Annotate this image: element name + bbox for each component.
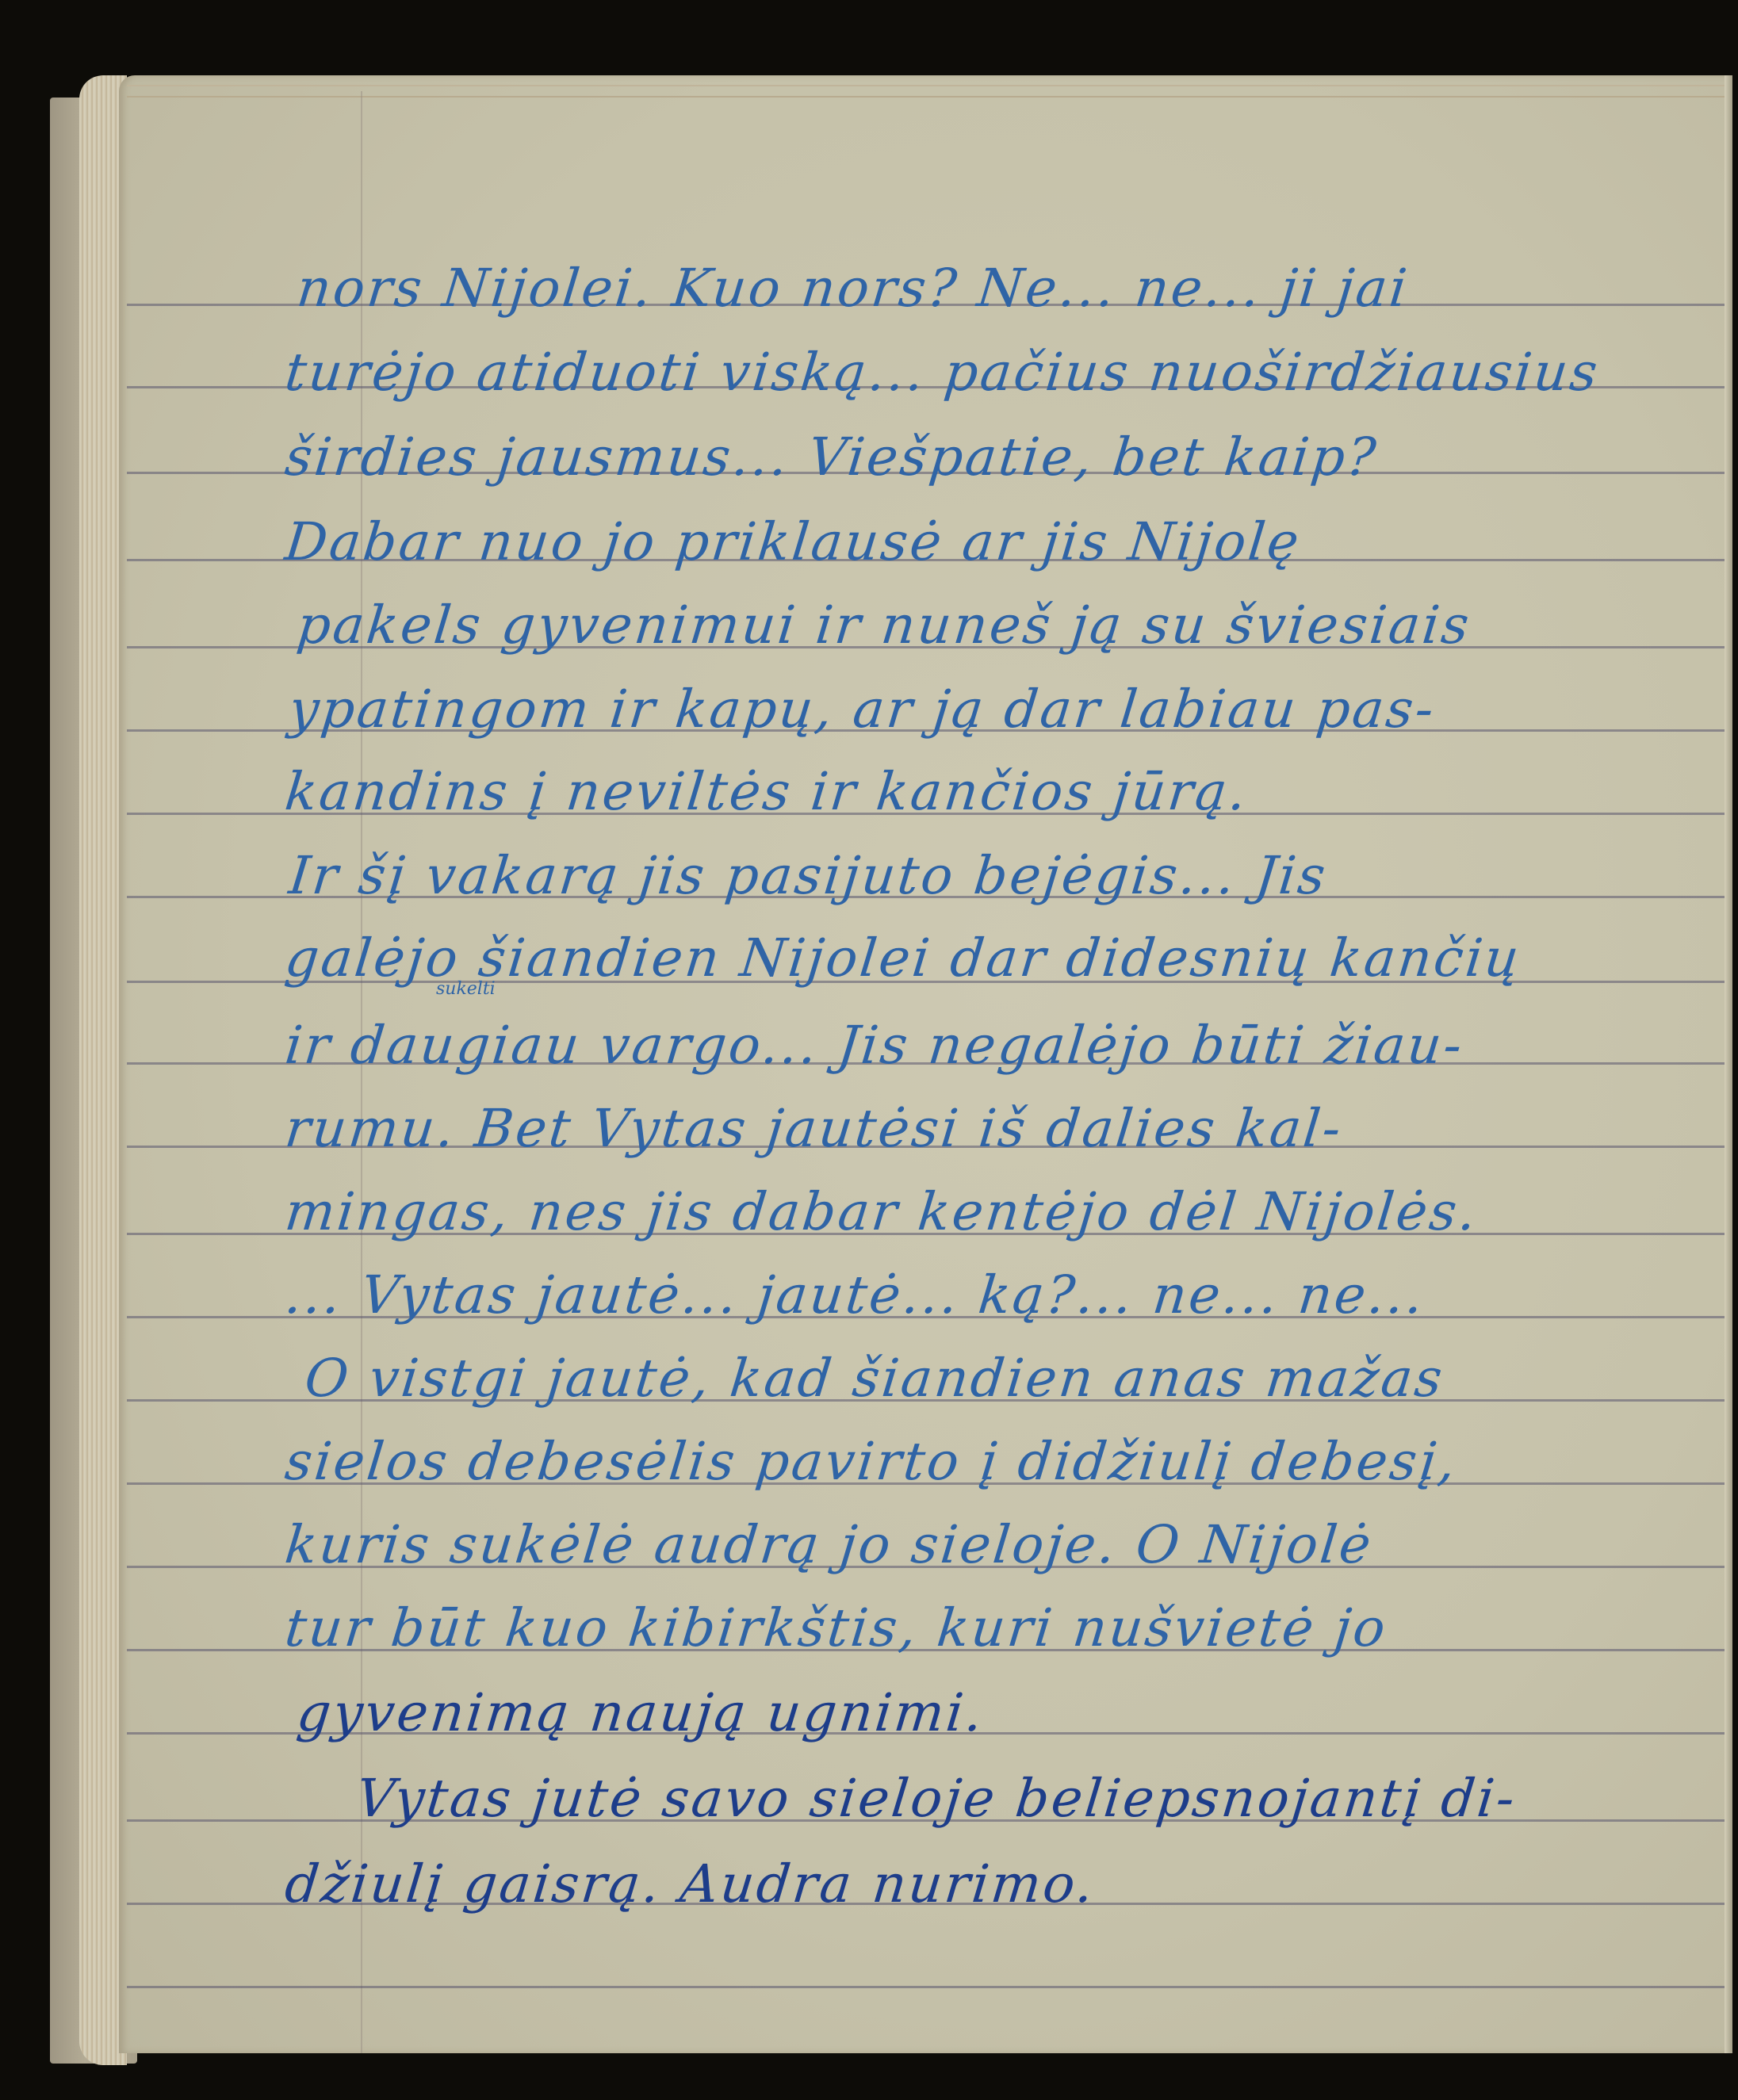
text-line: kandins į neviltės ir kančios jūrą. (282, 761, 1251, 822)
ruled-line (127, 1986, 1725, 1988)
text-line: ... Vytas jautė... jautė... ką?... ne...… (282, 1264, 1428, 1325)
text-line: O vistgi jautė, kad šiandien anas mažas (302, 1348, 1447, 1409)
text-line: širdies jausmus... Viešpatie, bet kaip? (282, 427, 1381, 488)
text-line: džiulį gaisrą. Audra nurimo. (282, 1853, 1098, 1914)
text-line: tur būt kuo kibirkštis, kuri nušvietė jo (282, 1597, 1391, 1658)
text-line: Ir šį vakarą jis pasijuto bejėgis... Jis (286, 845, 1330, 906)
text-line: nors Nijolei. Kuo nors? Ne... ne... ji j… (294, 258, 1412, 319)
text-line: turėjo atiduoti viską... pačius nuoširdž… (282, 342, 1602, 403)
text-line: Dabar nuo jo priklausė ar jis Nijolę (282, 511, 1304, 572)
text-line: rumu. Bet Vytas jautėsi iš dalies kal- (282, 1098, 1346, 1159)
text-line: pakels gyvenimui ir nuneš ją su šviesiai… (294, 595, 1474, 656)
text-line: Vytas jutė savo sieloje beliepsnojantį d… (354, 1768, 1520, 1829)
page-right-edge (1725, 75, 1732, 2053)
text-line: sielos debesėlis pavirto į didžiulį debe… (282, 1431, 1460, 1492)
superscript-insertion: sukelti (436, 979, 496, 999)
text-line: ypatingom ir kapų, ar ją dar labiau pas- (286, 679, 1439, 740)
text-line: mingas, nes jis dabar kentėjo dėl Nijolė… (282, 1181, 1481, 1242)
text-line: gyvenimą naują ugnimi. (294, 1682, 988, 1743)
page-top-border (127, 85, 1732, 98)
notebook-page: nors Nijolei. Kuo nors? Ne... ne... ji j… (119, 75, 1732, 2053)
text-line: ir daugiau vargo... Jis negalėjo būti ži… (282, 1015, 1467, 1076)
text-line: kuris sukėlė audrą jo sieloje. O Nijolė (282, 1514, 1376, 1575)
